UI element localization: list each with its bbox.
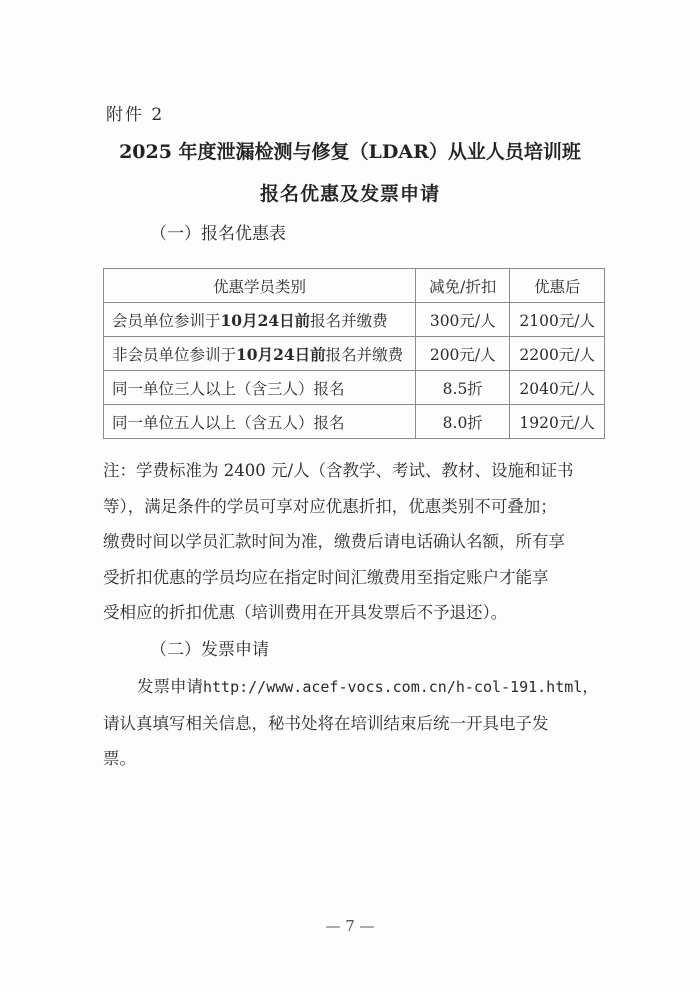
note-line: 缴费时间以学员汇款时间为准，缴费后请电话确认名额，所有享 bbox=[103, 524, 608, 560]
invoice-line: 请认真填写相关信息，秘书处将在培训结束后统一开具电子发 bbox=[103, 706, 608, 742]
attachment-label: 附件 2 bbox=[106, 100, 164, 125]
invoice-url-link[interactable]: http://www.acef-vocs.com.cn/h-col-191.ht… bbox=[203, 678, 582, 696]
table-row: 会员单位参训于10月24日前报名并缴费 300元/人 2100元/人 bbox=[104, 303, 605, 337]
table-row: 同一单位三人以上（含三人）报名 8.5折 2040元/人 bbox=[104, 371, 605, 405]
header-after: 优惠后 bbox=[510, 269, 605, 303]
table-row: 同一单位五人以上（含五人）报名 8.0折 1920元/人 bbox=[104, 405, 605, 439]
fee-note: 注：学费标准为 2400 元/人（含教学、考试、教材、设施和证书 等），满足条件… bbox=[103, 453, 608, 631]
cell-category: 同一单位三人以上（含三人）报名 bbox=[104, 371, 416, 405]
note-line: 注：学费标准为 2400 元/人（含教学、考试、教材、设施和证书 bbox=[103, 453, 608, 489]
cell-after: 2100元/人 bbox=[510, 303, 605, 337]
cell-category: 同一单位五人以上（含五人）报名 bbox=[104, 405, 416, 439]
document-title: 2025 年度泄漏检测与修复（LDAR）从业人员培训班 bbox=[0, 137, 700, 164]
note-line: 等），满足条件的学员可享对应优惠折扣，优惠类别不可叠加； bbox=[103, 489, 608, 525]
cell-after: 1920元/人 bbox=[510, 405, 605, 439]
note-line: 受折扣优惠的学员均应在指定时间汇缴费用至指定账户才能享 bbox=[103, 560, 608, 596]
header-category: 优惠学员类别 bbox=[104, 269, 416, 303]
note-line: 受相应的折扣优惠（培训费用在开具发票后不予退还）。 bbox=[103, 595, 608, 631]
cell-discount: 8.0折 bbox=[416, 405, 510, 439]
table-header-row: 优惠学员类别 减免/折扣 优惠后 bbox=[104, 269, 605, 303]
section-heading-invoice: （二）发票申请 bbox=[150, 635, 269, 660]
document-subtitle: 报名优惠及发票申请 bbox=[0, 179, 700, 206]
invoice-paragraph: 发票申请http://www.acef-vocs.com.cn/h-col-19… bbox=[103, 669, 608, 777]
table-row: 非会员单位参训于10月24日前报名并缴费 200元/人 2200元/人 bbox=[104, 337, 605, 371]
cell-discount: 8.5折 bbox=[416, 371, 510, 405]
cell-after: 2200元/人 bbox=[510, 337, 605, 371]
discount-table: 优惠学员类别 减免/折扣 优惠后 会员单位参训于10月24日前报名并缴费 300… bbox=[103, 268, 605, 439]
cell-discount: 300元/人 bbox=[416, 303, 510, 337]
cell-category: 非会员单位参训于10月24日前报名并缴费 bbox=[104, 337, 416, 371]
section-heading-discount: （一）报名优惠表 bbox=[150, 219, 286, 244]
cell-category: 会员单位参训于10月24日前报名并缴费 bbox=[104, 303, 416, 337]
cell-discount: 200元/人 bbox=[416, 337, 510, 371]
page-number: — 7 — bbox=[0, 917, 700, 935]
invoice-line: 发票申请http://www.acef-vocs.com.cn/h-col-19… bbox=[103, 669, 608, 706]
cell-after: 2040元/人 bbox=[510, 371, 605, 405]
header-discount: 减免/折扣 bbox=[416, 269, 510, 303]
invoice-line: 票。 bbox=[103, 741, 608, 777]
